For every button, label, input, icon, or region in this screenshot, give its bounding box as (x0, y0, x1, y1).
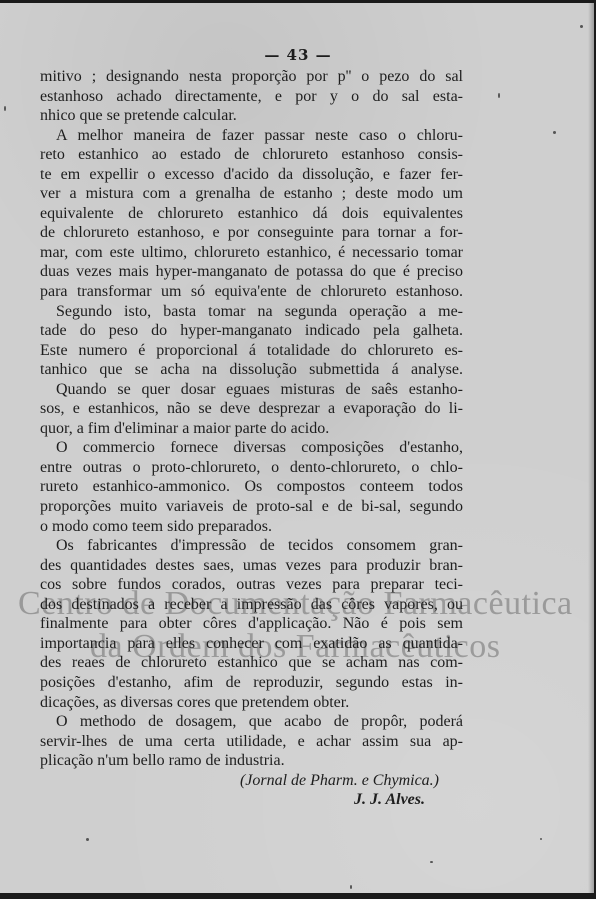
text-line: mar, com este ultimo, chlorureto estanhi… (40, 243, 463, 263)
text-line: para transformar um só equiva'ente de ch… (40, 282, 463, 302)
text-line: te em expellir o excesso d'acido da diss… (40, 165, 463, 185)
text-line: importancia para elles conhecer com exat… (40, 634, 463, 654)
text-line: mitivo ; designando nesta proporção por … (40, 67, 463, 87)
paragraph-start-line: O commercio fornece diversas composições… (40, 438, 463, 458)
source-citation: (Jornal de Pharm. e Chymica.) (40, 771, 463, 791)
paragraph-start-line: Quando se quer dosar eguaes misturas de … (40, 380, 463, 400)
article-body: mitivo ; designando nesta proporção por … (40, 67, 463, 810)
text-line: entre outras o proto-chlorureto, o dento… (40, 458, 463, 478)
text-line: tanhico que se acha na dissolução submet… (40, 360, 463, 380)
paragraph-start-line: O methodo de dosagem, que acabo de propô… (40, 712, 463, 732)
paragraph-start-line: Os fabricantes d'impressão de tecidos co… (40, 536, 463, 556)
text-line: proporções muito variaveis de proto-sal … (40, 497, 463, 517)
paragraph-start-line: A melhor maneira de fazer passar neste c… (40, 126, 463, 146)
text-line: rureto estanhico-ammonico. Os compostos … (40, 477, 463, 497)
paragraph-start-line: Segundo isto, basta tomar na segunda ope… (40, 302, 463, 322)
text-line: quor, a fim d'eliminar a maior parte do … (40, 419, 463, 439)
paper-speck (540, 838, 542, 840)
author-signature: J. J. Alves. (40, 790, 463, 810)
paper-speck (580, 25, 583, 28)
text-line: plicação n'um bello ramo de industria. (40, 751, 463, 771)
paper-speck (553, 131, 556, 134)
text-line: duas vezes mais hyper-manganato de potas… (40, 262, 463, 282)
paper-speck (86, 838, 89, 841)
scanned-page: Centro de Documentação Farmacêutica da O… (0, 3, 594, 893)
paper-speck (430, 861, 433, 863)
page-number: — 43 — (0, 46, 594, 64)
paper-speck (4, 106, 6, 111)
text-line: dicações, as diversas cores que pretende… (40, 693, 463, 713)
text-line: servir-lhes de uma certa utilidade, e ac… (40, 732, 463, 752)
text-line: estanhoso achado directamente, e por y o… (40, 87, 463, 107)
text-line: finalmente para obter côres d'applicação… (40, 614, 463, 634)
text-line: equivalente de chlorureto estanhico dá d… (40, 204, 463, 224)
text-line: posições d'estanho, afim de reproduzir, … (40, 673, 463, 693)
text-line: reto estanhico ao estado de chlorureto e… (40, 145, 463, 165)
text-line: dos destinados a receber a impressão das… (40, 595, 463, 615)
paper-speck (498, 93, 500, 98)
page-edge-shadow (588, 3, 594, 893)
text-line: ver a mistura com a grenalha de estanho … (40, 184, 463, 204)
text-line: sos, e estanhicos, não se deve desprezar… (40, 399, 463, 419)
paper-speck (350, 885, 352, 889)
text-line: des quantidades destes saes, umas vezes … (40, 556, 463, 576)
text-line: tade do peso do hyper-manganato indicado… (40, 321, 463, 341)
text-line: cos sobre fundos corados, outras vezes p… (40, 575, 463, 595)
text-line: de chlorureto estanhoso, e por conseguin… (40, 223, 463, 243)
text-line: o modo como teem sido preparados. (40, 517, 463, 537)
text-line: nhico que se pretende calcular. (40, 106, 463, 126)
text-line: Este numero é proporcional á totalidade … (40, 341, 463, 361)
text-line: des reaes de chlorureto estanhico que se… (40, 653, 463, 673)
